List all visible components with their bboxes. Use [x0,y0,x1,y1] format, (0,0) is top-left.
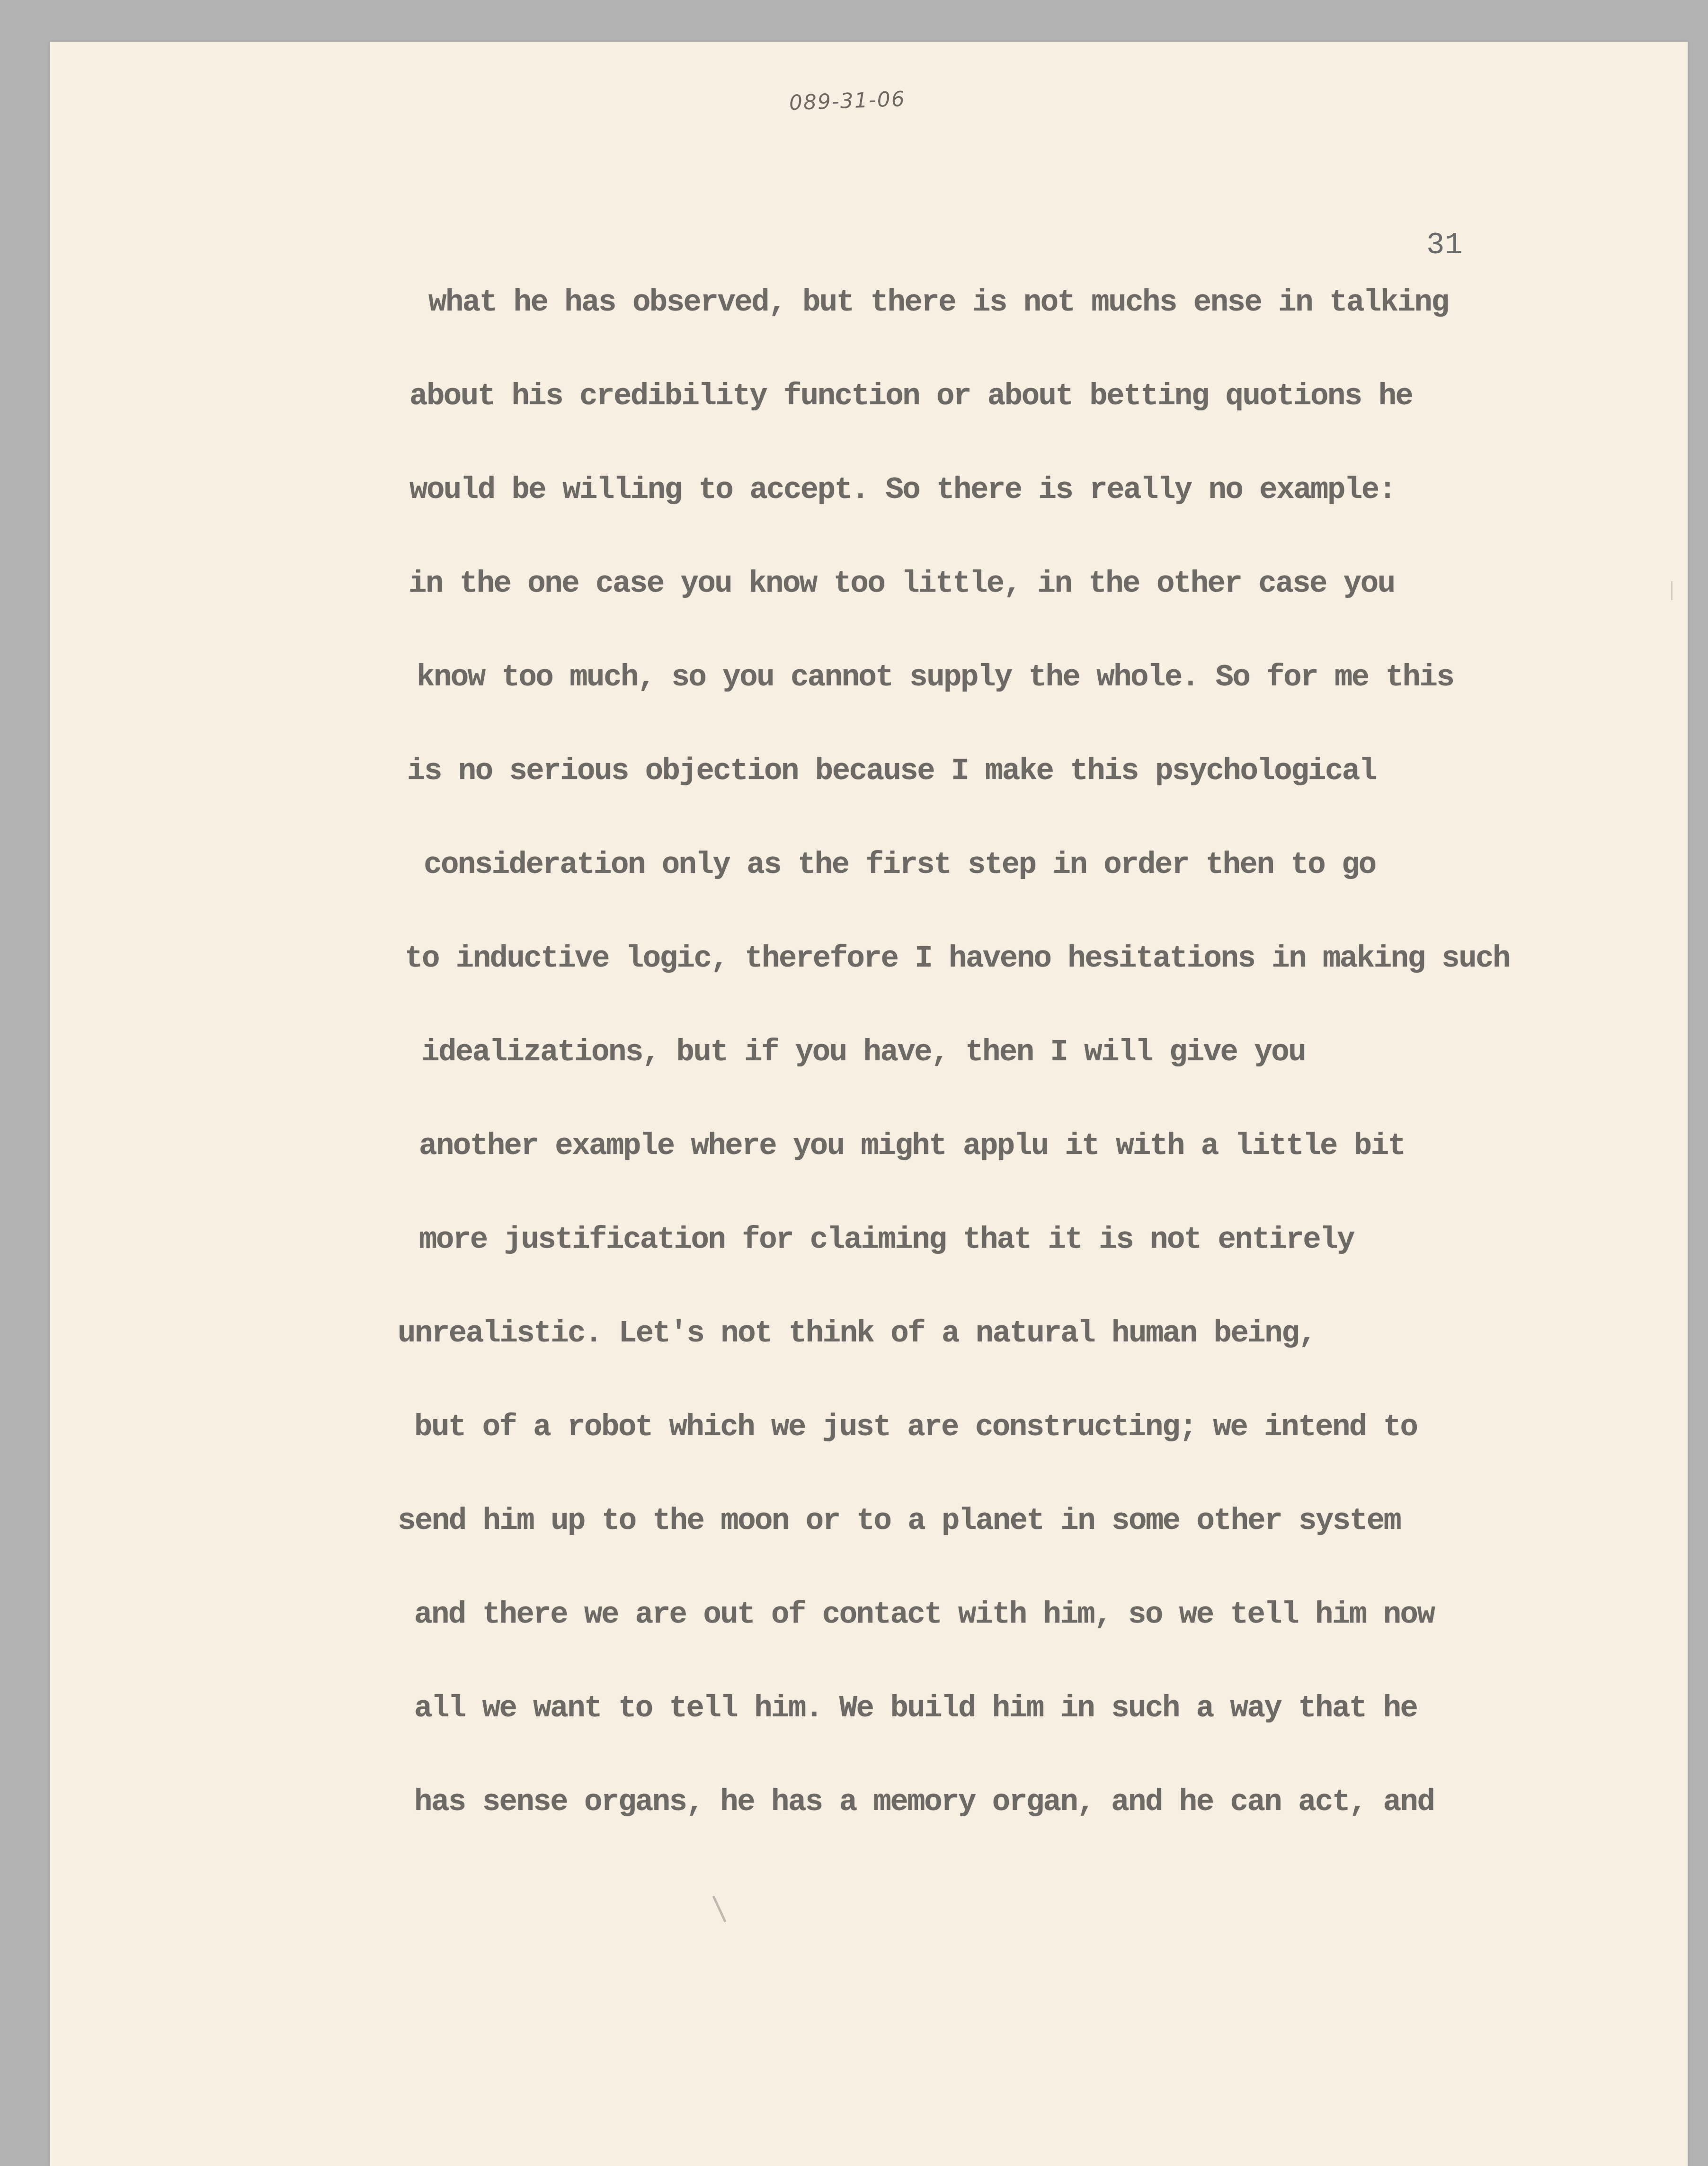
typewritten-page: 089-31-06 31 what he has observed, but t… [50,42,1688,2166]
text-line-12: unrealistic. Let's not think of a natura… [398,1319,1316,1349]
text-line-11: more justification for claiming that it … [419,1225,1354,1255]
text-line-2: about his credibility function or about … [409,382,1412,412]
text-line-10: another example where you might applu it… [419,1131,1405,1162]
text-line-4: in the one case you know too little, in … [409,569,1395,599]
text-line-6: is no serious objection because I make t… [407,756,1376,787]
page-number: 31 [1426,229,1463,263]
text-line-15: and there we are out of contact with him… [414,1600,1434,1630]
text-line-14: send him up to the moon or to a planet i… [398,1506,1400,1536]
edge-mark [1671,581,1672,600]
text-line-17: has sense organs, he has a memory organ,… [414,1787,1434,1818]
pencil-mark [712,1896,727,1922]
text-line-13: but of a robot which we just are constru… [414,1412,1417,1443]
text-line-7: consideration only as the first step in … [424,850,1376,880]
text-line-1: what he has observed, but there is not m… [428,288,1448,318]
text-line-3: would be willing to accept. So there is … [409,475,1396,506]
archive-id-handwritten: 089-31-06 [789,87,906,115]
text-line-9: idealizations, but if you have, then I w… [421,1038,1305,1068]
text-line-16: all we want to tell him. We build him in… [414,1694,1417,1724]
text-line-8: to inductive logic, therefore I haveno h… [405,944,1510,974]
text-line-5: know too much, so you cannot supply the … [417,663,1453,693]
